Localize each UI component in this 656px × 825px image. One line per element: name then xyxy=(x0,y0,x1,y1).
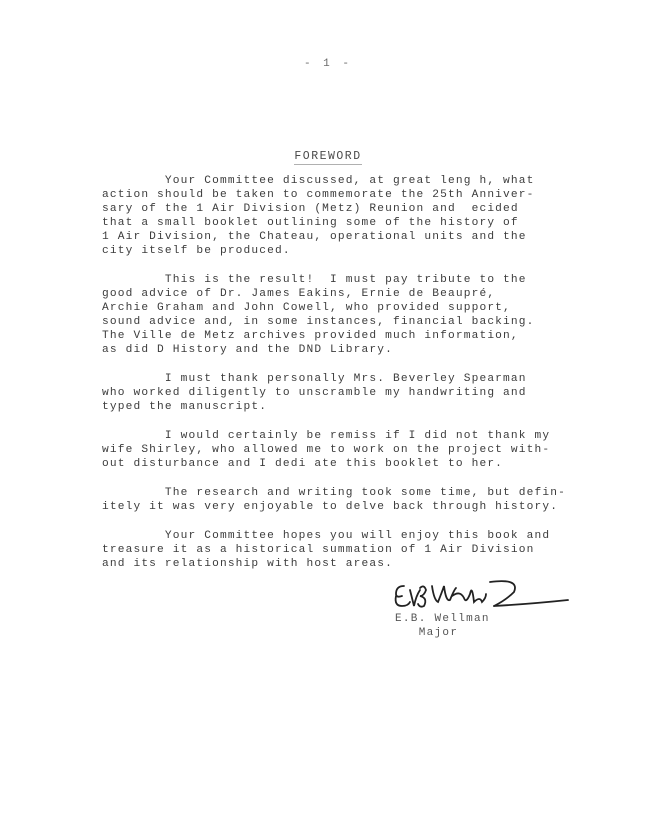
signer-name: E.B. Wellman xyxy=(395,613,490,625)
paragraph: Your Committee hopes you will enjoy this… xyxy=(102,529,572,571)
paragraph: Your Committee discussed, at great leng … xyxy=(102,174,572,258)
paragraph: I must thank personally Mrs. Beverley Sp… xyxy=(102,372,572,414)
paragraph: The research and writing took some time,… xyxy=(102,486,572,514)
signer-rank: Major xyxy=(419,627,459,639)
page-number: - 1 - xyxy=(0,58,656,70)
paragraph: This is the result! I must pay tribute t… xyxy=(102,273,572,357)
signer-block: E.B. Wellman Major xyxy=(395,612,490,640)
title-text: FOREWORD xyxy=(294,150,361,165)
page-title: FOREWORD xyxy=(0,150,656,163)
paragraph: I would certainly be remiss if I did not… xyxy=(102,429,572,471)
foreword-body: Your Committee discussed, at great leng … xyxy=(102,174,572,586)
handwritten-signature xyxy=(390,576,570,616)
